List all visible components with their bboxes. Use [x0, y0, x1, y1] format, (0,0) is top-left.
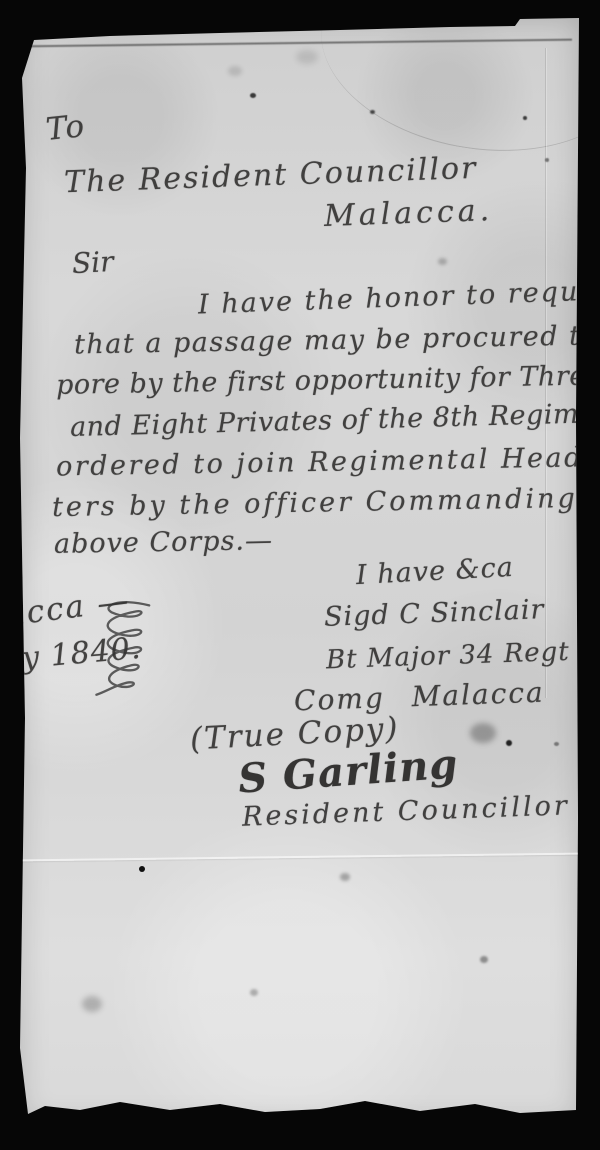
stain — [296, 50, 318, 64]
letter-signature-line: Sigd C Sinclair — [324, 594, 545, 633]
letter-recipient-place: Malacca. — [323, 193, 493, 234]
letter-body-line: above Corps.— — [54, 525, 274, 560]
document-scan: To The Resident Councillor Malacca. Sir … — [0, 0, 600, 1150]
letter-recipient-line: The Resident Councillor — [64, 151, 478, 200]
letter-to-label: To — [44, 108, 86, 148]
letter-body-line: pore by the first opportunity for Three … — [56, 358, 600, 401]
stain — [340, 873, 350, 881]
ink-speck — [370, 110, 375, 114]
ink-speck — [545, 158, 549, 162]
ink-blot — [470, 723, 496, 743]
letter-closing: I have &ca — [355, 552, 514, 591]
crease-line — [306, 0, 600, 173]
horizontal-crease-line — [20, 853, 579, 862]
letter-body-line: that a passage may be procured to Singa- — [74, 318, 600, 360]
stain — [250, 989, 258, 996]
ink-speck — [506, 740, 512, 746]
letter-rank-line: Bt Major 34 Regt N.I. — [326, 635, 600, 676]
ink-speck — [554, 742, 559, 746]
stain — [438, 258, 447, 265]
stain — [82, 996, 102, 1012]
letter-body-line: ordered to join Regimental Head Quar- — [56, 441, 600, 483]
ink-speck — [139, 866, 145, 872]
spiral-flourish-icon — [88, 594, 153, 702]
letter-station-line: Comg Malacca — [294, 676, 546, 718]
ink-speck — [250, 93, 256, 98]
stain — [480, 956, 488, 963]
letter-salutation: Sir — [71, 245, 114, 280]
ink-speck — [523, 116, 527, 120]
stain — [228, 66, 242, 76]
letter-body-line: and Eight Privates of the 8th Regiment N… — [70, 396, 600, 443]
letter-body-line: ters by the officer Commanding the — [52, 482, 600, 523]
paper-sheet: To The Resident Councillor Malacca. Sir … — [20, 18, 579, 1124]
letter-body-line: I have the honor to request — [198, 275, 600, 321]
